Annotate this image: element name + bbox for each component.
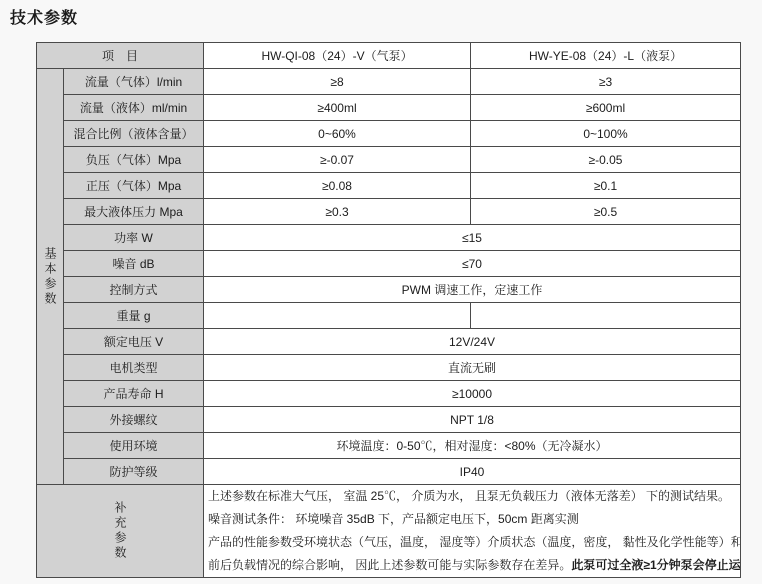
value-pump1: ≥8 (204, 69, 471, 95)
value-pump2: ≥0.5 (471, 199, 741, 225)
value-pump2: 0~100% (471, 121, 741, 147)
table-row: 混合比例（液体含量） 0~60% 0~100% (37, 121, 741, 147)
value-pump2: ≥600ml (471, 95, 741, 121)
spec-table: 项 目 HW-QI-08（24）-V（气泵） HW-YE-08（24）-L（液泵… (36, 42, 741, 578)
page-title: 技术参数 (10, 5, 78, 28)
supplement-row: 补充参数 上述参数在标准大气压， 室温 25℃， 介质为水， 且泵无负载压力（液… (37, 485, 741, 578)
row-label: 流量（液体）ml/min (64, 95, 204, 121)
header-pump2-cell: HW-YE-08（24）-L（液泵） (471, 43, 741, 69)
value-pump1: ≥-0.07 (204, 147, 471, 173)
table-row: 产品寿命 H ≥10000 (37, 381, 741, 407)
header-row: 项 目 HW-QI-08（24）-V（气泵） HW-YE-08（24）-L（液泵… (37, 43, 741, 69)
value-merged: PWM 调速工作，定速工作 (204, 277, 741, 303)
group-supplement-label: 补充参数 (113, 501, 127, 561)
page: 技术参数 项 目 HW-QI-08（24）-V（气泵） HW-YE-08（24）… (0, 0, 762, 584)
value-merged: 12V/24V (204, 329, 741, 355)
row-label: 最大液体压力 Mpa (64, 199, 204, 225)
row-label: 负压（气体）Mpa (64, 147, 204, 173)
value-pump1 (204, 303, 471, 329)
note-line-1: 上述参数在标准大气压， 室温 25℃， 介质为水， 且泵无负载压力（液体无落差）… (208, 485, 736, 508)
value-pump1: 0~60% (204, 121, 471, 147)
row-label: 电机类型 (64, 355, 204, 381)
value-pump2: ≥0.1 (471, 173, 741, 199)
row-label: 混合比例（液体含量） (64, 121, 204, 147)
header-item-cell: 项 目 (37, 43, 204, 69)
table-row: 基本参数 流量（气体）l/min ≥8 ≥3 (37, 69, 741, 95)
group-basic-params-cell: 基本参数 (37, 69, 64, 485)
header-pump1-cell: HW-QI-08（24）-V（气泵） (204, 43, 471, 69)
value-merged: IP40 (204, 459, 741, 485)
value-pump1: ≥0.3 (204, 199, 471, 225)
row-label: 流量（气体）l/min (64, 69, 204, 95)
value-merged: ≤70 (204, 251, 741, 277)
value-pump2 (471, 303, 741, 329)
row-label: 功率 W (64, 225, 204, 251)
group-basic-params-label: 基本参数 (43, 247, 57, 307)
row-label: 使用环境 (64, 433, 204, 459)
value-merged: 直流无刷 (204, 355, 741, 381)
value-pump2: ≥3 (471, 69, 741, 95)
table-row: 额定电压 V 12V/24V (37, 329, 741, 355)
table-row: 负压（气体）Mpa ≥-0.07 ≥-0.05 (37, 147, 741, 173)
table-row: 正压（气体）Mpa ≥0.08 ≥0.1 (37, 173, 741, 199)
table-row: 流量（液体）ml/min ≥400ml ≥600ml (37, 95, 741, 121)
row-label: 重量 g (64, 303, 204, 329)
value-merged: ≤15 (204, 225, 741, 251)
note-line-4-text: 前后负载情况的综合影响， 因此上述参数可能与实际参数存在差异。 (208, 558, 571, 572)
value-pump2: ≥-0.05 (471, 147, 741, 173)
note-line-4-bold: 此泵可过全液≥1分钟泵会停止运行. (571, 558, 740, 572)
table-row: 控制方式 PWM 调速工作，定速工作 (37, 277, 741, 303)
row-label: 防护等级 (64, 459, 204, 485)
value-merged: NPT 1/8 (204, 407, 741, 433)
value-merged: ≥10000 (204, 381, 741, 407)
note-line-4: 前后负载情况的综合影响， 因此上述参数可能与实际参数存在差异。此泵可过全液≥1分… (208, 554, 736, 577)
table-row: 最大液体压力 Mpa ≥0.3 ≥0.5 (37, 199, 741, 225)
table-row: 使用环境 环境温度：0-50℃，相对湿度：<80%（无冷凝水） (37, 433, 741, 459)
table-row: 电机类型 直流无刷 (37, 355, 741, 381)
note-line-3: 产品的性能参数受环境状态（气压，温度， 湿度等）介质状态（温度，密度， 黏性及化… (208, 531, 736, 554)
value-merged: 环境温度：0-50℃，相对湿度：<80%（无冷凝水） (204, 433, 741, 459)
row-label: 额定电压 V (64, 329, 204, 355)
row-label: 产品寿命 H (64, 381, 204, 407)
table-row: 噪音 dB ≤70 (37, 251, 741, 277)
table-row: 外接螺纹 NPT 1/8 (37, 407, 741, 433)
table-row: 功率 W ≤15 (37, 225, 741, 251)
value-pump1: ≥400ml (204, 95, 471, 121)
row-label: 外接螺纹 (64, 407, 204, 433)
table-row: 重量 g (37, 303, 741, 329)
note-line-2: 噪音测试条件： 环境噪音 35dB 下，产品额定电压下，50cm 距离实测 (208, 508, 736, 531)
group-supplement-cell: 补充参数 (37, 485, 204, 578)
table-row: 防护等级 IP40 (37, 459, 741, 485)
supplement-notes-cell: 上述参数在标准大气压， 室温 25℃， 介质为水， 且泵无负载压力（液体无落差）… (204, 485, 741, 578)
row-label: 噪音 dB (64, 251, 204, 277)
row-label: 正压（气体）Mpa (64, 173, 204, 199)
row-label: 控制方式 (64, 277, 204, 303)
value-pump1: ≥0.08 (204, 173, 471, 199)
